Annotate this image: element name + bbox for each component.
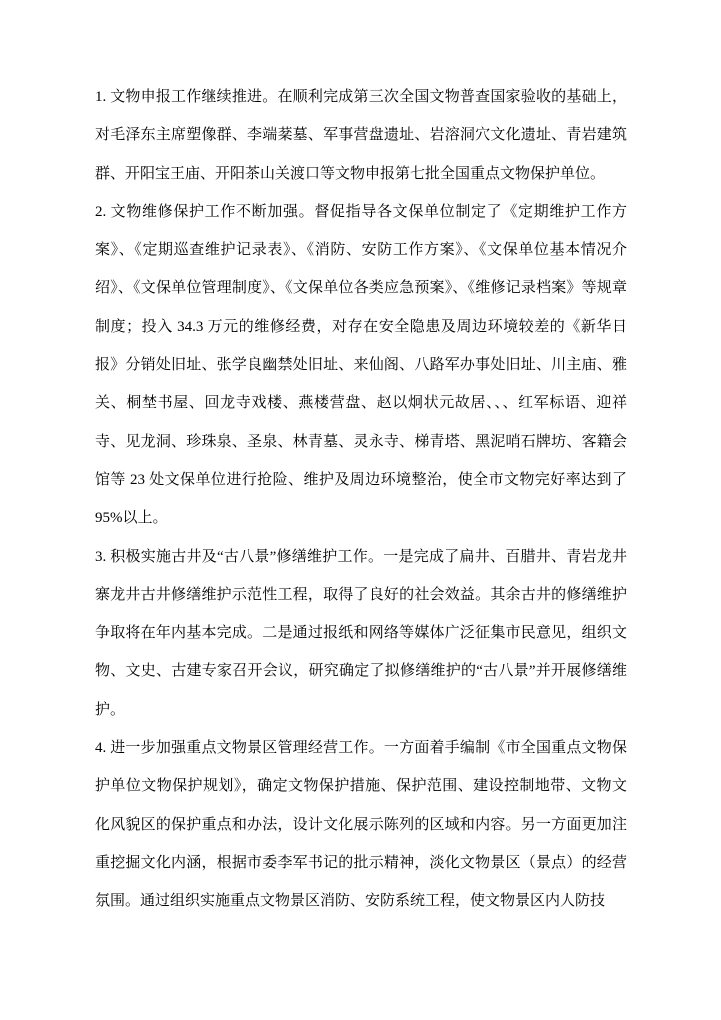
paragraph: 3. 积极实施古井及“古八景”修缮维护工作。一是完成了扁井、百腊井、青岩龙井寨龙… xyxy=(95,538,627,729)
document-page: 1. 文物申报工作继续推进。在顺利完成第三次全国文物普查国家验收的基础上，对毛泽… xyxy=(0,0,721,1020)
paragraph: 4. 进一步加强重点文物景区管理经营工作。一方面着手编制《市全国重点文物保护单位… xyxy=(95,729,627,920)
paragraph: 1. 文物申报工作继续推进。在顺利完成第三次全国文物普查国家验收的基础上，对毛泽… xyxy=(95,78,627,193)
paragraph: 2. 文物维修保护工作不断加强。督促指导各文保单位制定了《定期维护工作方案》、《… xyxy=(95,193,627,538)
document-body: 1. 文物申报工作继续推进。在顺利完成第三次全国文物普查国家验收的基础上，对毛泽… xyxy=(95,78,627,921)
